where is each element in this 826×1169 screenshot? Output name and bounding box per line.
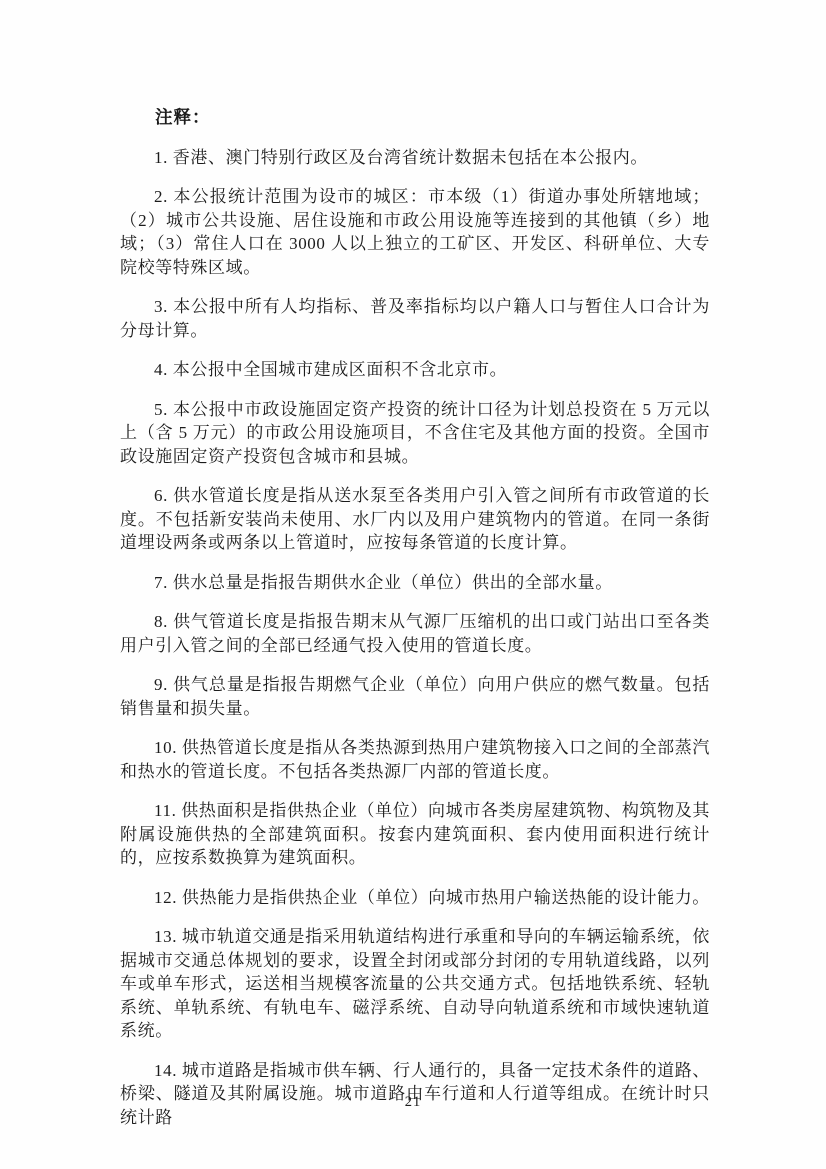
page-number: 21 [405, 1094, 422, 1110]
page-footer: 21 [0, 1093, 826, 1111]
notes-section: 注释： 1. 香港、澳门特别行政区及台湾省统计数据未包括在本公报内。 2. 本公… [120, 106, 710, 1129]
note-item-12: 12. 供热能力是指供热企业（单位）向城市热用户输送热能的设计能力。 [120, 886, 710, 910]
note-item-5: 5. 本公报中市政设施固定资产投资的统计口径为计划总投资在 5 万元以上（含 5… [120, 398, 710, 469]
document-page: 注释： 1. 香港、澳门特别行政区及台湾省统计数据未包括在本公报内。 2. 本公… [0, 0, 826, 1169]
note-item-9: 9. 供气总量是指报告期燃气企业（单位）向用户供应的燃气数量。包括销售量和损失量… [120, 673, 710, 720]
note-item-7: 7. 供水总量是指报告期供水企业（单位）供出的全部水量。 [120, 571, 710, 595]
section-title: 注释： [120, 106, 710, 130]
note-item-3: 3. 本公报中所有人均指标、普及率指标均以户籍人口与暂住人口合计为分母计算。 [120, 295, 710, 342]
note-item-13: 13. 城市轨道交通是指采用轨道结构进行承重和导向的车辆运输系统，依据城市交通总… [120, 925, 710, 1043]
note-item-10: 10. 供热管道长度是指从各类热源到热用户建筑物接入口之间的全部蒸汽和热水的管道… [120, 736, 710, 783]
note-item-1: 1. 香港、澳门特别行政区及台湾省统计数据未包括在本公报内。 [120, 146, 710, 170]
note-item-11: 11. 供热面积是指供热企业（单位）向城市各类房屋建筑物、构筑物及其附属设施供热… [120, 799, 710, 870]
note-item-6: 6. 供水管道长度是指从送水泵至各类用户引入管之间所有市政管道的长度。不包括新安… [120, 484, 710, 555]
note-item-2: 2. 本公报统计范围为设市的城区：市本级（1）街道办事处所辖地域；（2）城市公共… [120, 185, 710, 279]
note-item-8: 8. 供气管道长度是指报告期末从气源厂压缩机的出口或门站出口至各类用户引入管之间… [120, 610, 710, 657]
note-item-4: 4. 本公报中全国城市建成区面积不含北京市。 [120, 358, 710, 382]
